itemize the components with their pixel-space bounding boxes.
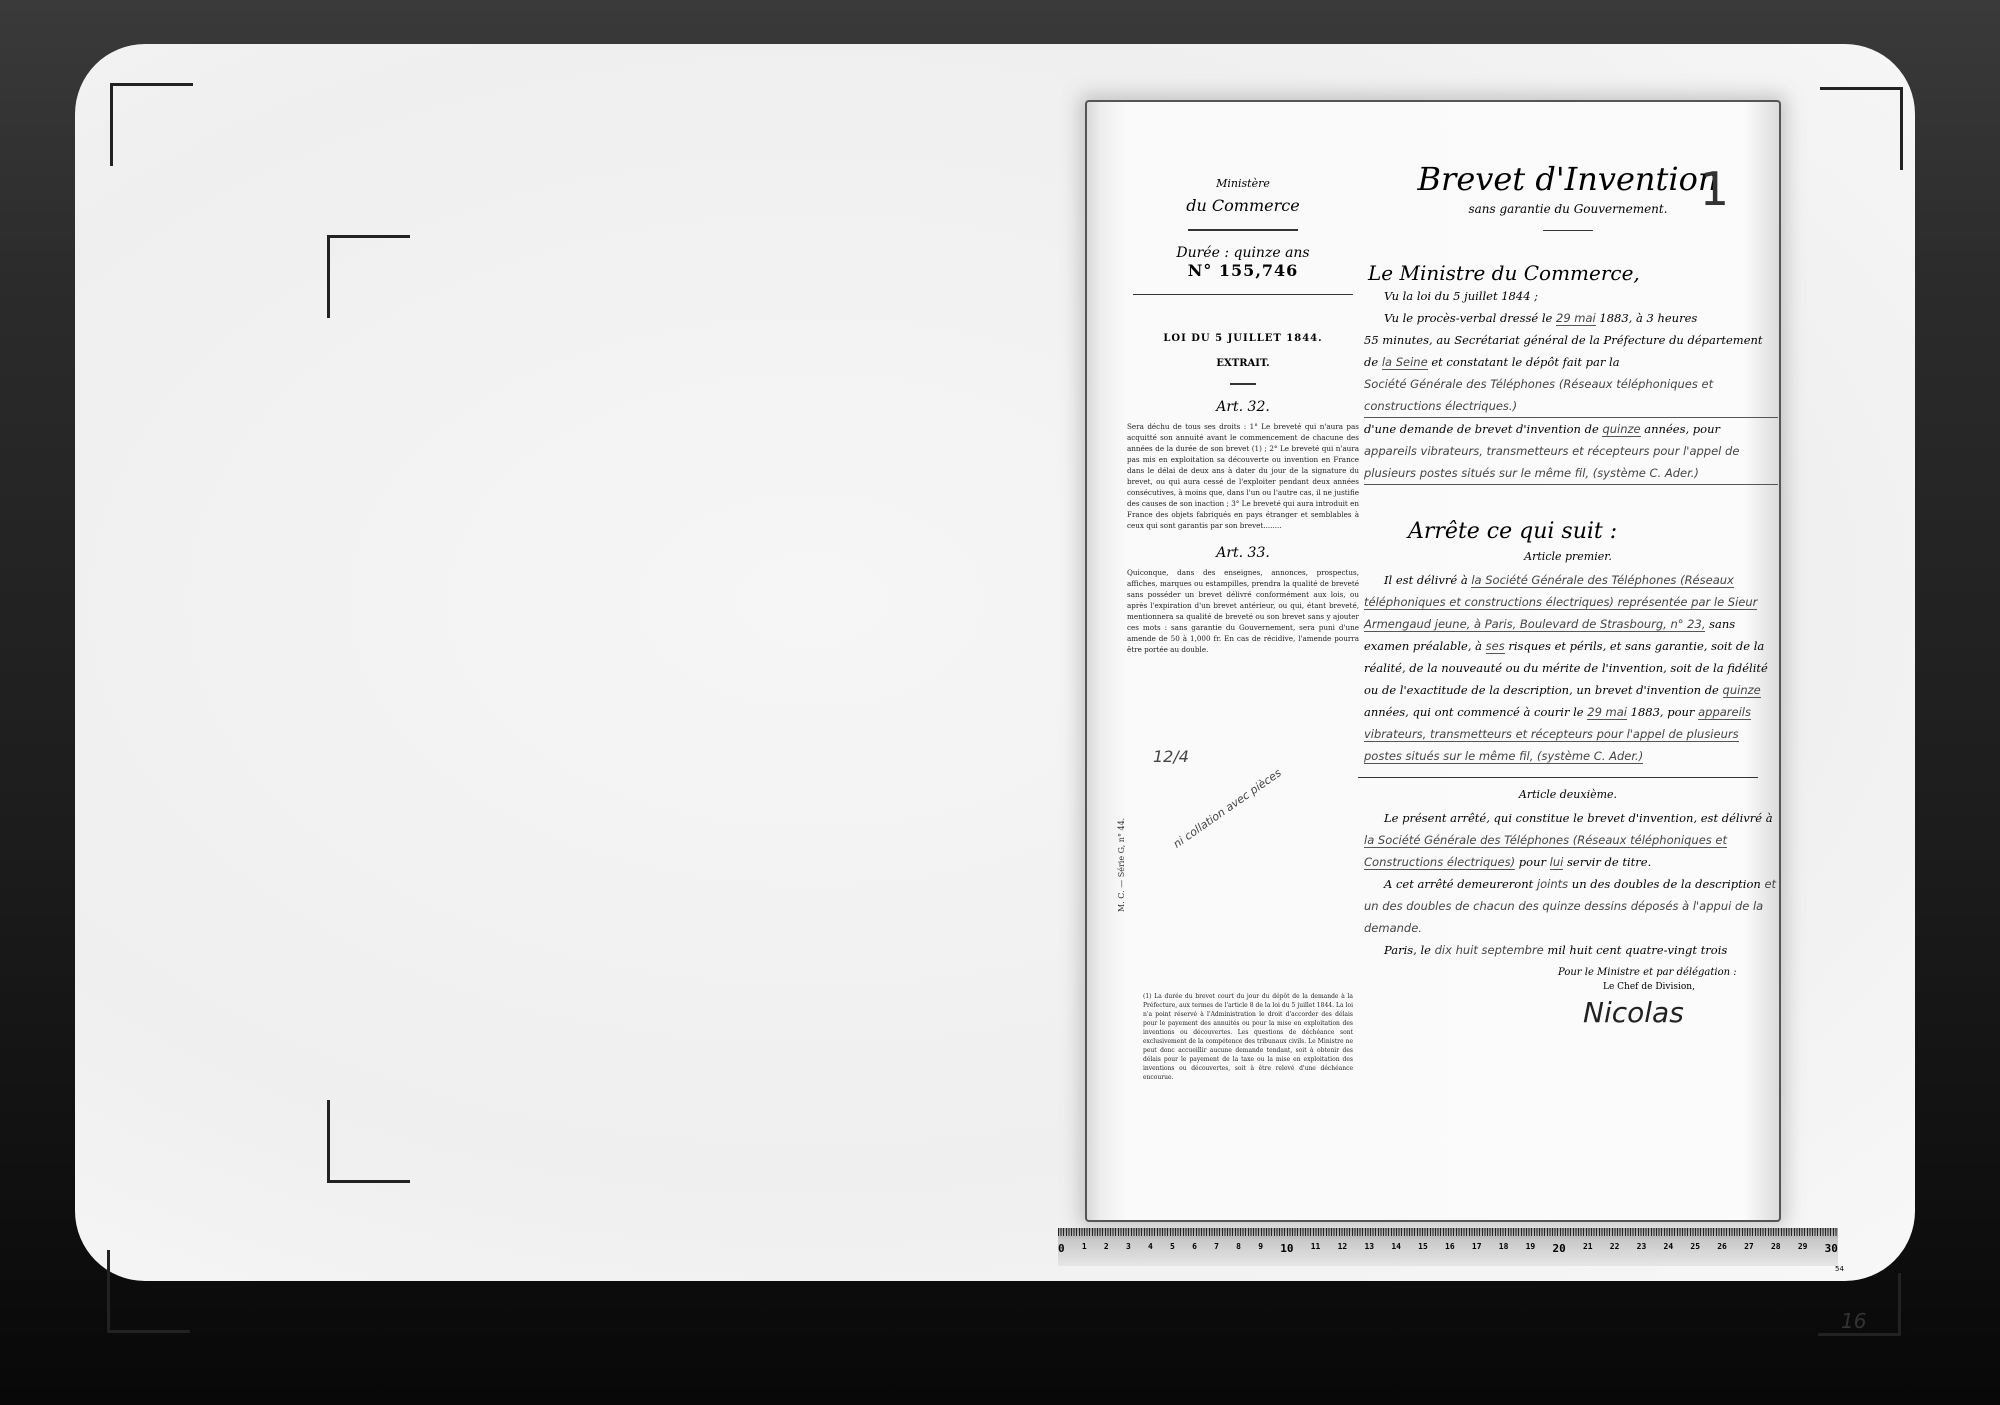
article-2-text2-prefix: A cet arrêté demeureront	[1364, 877, 1533, 891]
divider	[1543, 230, 1593, 231]
series-code: M. C. — Série G, n° 44.	[1117, 818, 1126, 912]
ruler-label: 5	[1170, 1242, 1175, 1255]
patent-document: Ministère du Commerce Durée : quinze ans…	[1085, 100, 1781, 1222]
divider	[1133, 294, 1353, 295]
ruler-label: 23	[1637, 1242, 1647, 1255]
ruler-label: 21	[1583, 1242, 1593, 1255]
extract-heading: EXTRAIT.	[1123, 358, 1363, 369]
patent-number: N° 155,746	[1123, 261, 1363, 280]
ruler-label: 24	[1664, 1242, 1674, 1255]
deposit-date: 29 mai	[1556, 311, 1596, 326]
preamble: Vu la loi du 5 juillet 1844 ; Vu le proc…	[1358, 285, 1778, 485]
article-1-pour: pour	[1667, 705, 1694, 719]
crop-mark-outer-top-right	[1820, 87, 1903, 170]
ruler-label: 28	[1771, 1242, 1781, 1255]
right-column: Brevet d'Invention sans garantie du Gouv…	[1358, 122, 1778, 1029]
article-2-body: Le présent arrêté, qui constitue le brev…	[1358, 807, 1778, 961]
article-2-lui: lui	[1550, 855, 1564, 870]
footnote: (1) La durée du brevet court du jour du …	[1143, 992, 1353, 1082]
delegation-line: Pour le Ministre et par délégation :	[1358, 967, 1778, 978]
crop-mark-inner-bottom-left	[327, 1100, 410, 1183]
ruler-label: 14	[1391, 1242, 1401, 1255]
deposit-year: 1883, à 3 heures	[1599, 311, 1697, 325]
ministry-label: Ministère	[1123, 177, 1363, 190]
law-heading: LOI DU 5 JUILLET 1844.	[1123, 333, 1363, 344]
divider	[1358, 777, 1758, 778]
ruler-label: 13	[1364, 1242, 1374, 1255]
ruler-label: 25	[1690, 1242, 1700, 1255]
ruler-label: 12	[1338, 1242, 1348, 1255]
ruler-label: 29	[1798, 1242, 1808, 1255]
ruler-label: 11	[1311, 1242, 1321, 1255]
ruler-label: 19	[1526, 1242, 1536, 1255]
article-2-holder: la Société Générale des Téléphones (Rése…	[1364, 833, 1727, 870]
place-date-year: mil huit cent quatre-vingt trois	[1547, 943, 1727, 957]
ruler-label: 16	[1445, 1242, 1455, 1255]
ministry-name: du Commerce	[1123, 196, 1363, 215]
ruler-label: 22	[1610, 1242, 1620, 1255]
arrete-heading: Arrête ce qui suit :	[1358, 519, 1778, 544]
minister-heading: Le Ministre du Commerce,	[1358, 261, 1778, 285]
corner-mark: 1	[1700, 162, 1729, 216]
ruler-label: 6	[1192, 1242, 1197, 1255]
article-33-text: Quiconque, dans des enseignes, annonces,…	[1123, 567, 1363, 655]
department: la Seine	[1382, 355, 1428, 370]
place-date-day: dix huit septembre	[1435, 943, 1544, 957]
demande-suffix: années, pour	[1644, 422, 1720, 436]
ruler-label: 8	[1236, 1242, 1241, 1255]
article-1-prefix: Il est délivré à	[1364, 573, 1468, 587]
article-1-ses: ses	[1486, 639, 1505, 654]
article-1-duration: quinze	[1723, 683, 1761, 698]
article-1-years: années, qui ont commencé à courir le	[1364, 705, 1584, 719]
place-date-prefix: Paris, le	[1364, 943, 1431, 957]
ruler-label: 9	[1258, 1242, 1263, 1255]
small-code: 54	[1835, 1265, 1844, 1273]
ruler-label: 26	[1717, 1242, 1727, 1255]
deposit-text: et constatant le dépôt fait par la	[1431, 355, 1619, 369]
article-2-text2: un des doubles de la description	[1572, 877, 1761, 891]
chef-division: Le Chef de Division,	[1358, 982, 1778, 992]
demande-duration: quinze	[1602, 422, 1640, 437]
ruler-label: 0	[1058, 1242, 1065, 1255]
page-number: 16	[1841, 1309, 1866, 1333]
handwritten-fraction: 12/4	[1153, 747, 1189, 766]
ruler-label: 15	[1418, 1242, 1428, 1255]
crop-mark-inner-top-left	[327, 235, 410, 318]
divider	[1188, 229, 1298, 231]
article-1-body: Il est délivré à la Société Générale des…	[1358, 569, 1778, 767]
ruler-ticks	[1058, 1228, 1838, 1236]
measuring-ruler: 0 1 2 3 4 5 6 7 8 9 10 11 12 13 14 15 16…	[1058, 1228, 1838, 1266]
divider	[1230, 383, 1256, 385]
article-32-title: Art. 32.	[1123, 399, 1363, 415]
deposit-time: 55 minutes, au Secrétariat général de la…	[1364, 329, 1778, 351]
crop-mark-outer-top-left	[110, 83, 193, 166]
article-2-title: Article deuxième.	[1358, 788, 1778, 801]
ruler-label: 4	[1148, 1242, 1153, 1255]
ruler-label: 27	[1744, 1242, 1754, 1255]
applicant: Société Générale des Téléphones (Réseaux…	[1364, 373, 1778, 418]
ruler-labels: 0 1 2 3 4 5 6 7 8 9 10 11 12 13 14 15 16…	[1058, 1242, 1838, 1255]
article-1-year: 1883,	[1631, 705, 1664, 719]
ruler-label: 1	[1082, 1242, 1087, 1255]
article-2-titre: servir de titre.	[1567, 855, 1651, 869]
handwritten-margin-note: ni collation avec pièces	[1171, 766, 1284, 850]
article-33-title: Art. 33.	[1123, 545, 1363, 561]
demande-prefix: d'une demande de brevet d'invention de	[1364, 422, 1599, 436]
duration-field: Durée : quinze ans	[1123, 245, 1363, 261]
signature: Nicolas	[1358, 996, 1778, 1029]
ruler-label: 10	[1280, 1242, 1293, 1255]
vu-pv-prefix: Vu le procès-verbal dressé le	[1384, 311, 1552, 325]
ruler-label: 20	[1552, 1242, 1565, 1255]
ruler-label: 18	[1499, 1242, 1509, 1255]
dept-prefix: de	[1364, 355, 1378, 369]
ruler-label: 3	[1126, 1242, 1131, 1255]
article-1-date: 29 mai	[1587, 705, 1627, 720]
article-2-text1: Le présent arrêté, qui constitue le brev…	[1364, 811, 1773, 825]
article-2-pour: pour	[1519, 855, 1546, 869]
article-2-joint: joints	[1537, 877, 1568, 891]
ruler-label: 17	[1472, 1242, 1482, 1255]
ruler-label: 7	[1214, 1242, 1219, 1255]
vu-loi: Vu la loi du 5 juillet 1844 ;	[1364, 285, 1778, 307]
article-32-text: Sera déchu de tous ses droits : 1° Le br…	[1123, 421, 1363, 531]
article-1-title: Article premier.	[1358, 550, 1778, 563]
ruler-label: 2	[1104, 1242, 1109, 1255]
ruler-label: 30	[1825, 1242, 1838, 1255]
invention-title: appareils vibrateurs, transmetteurs et r…	[1364, 440, 1778, 485]
crop-mark-outer-bottom-left	[107, 1250, 190, 1333]
left-column: Ministère du Commerce Durée : quinze ans…	[1123, 122, 1363, 655]
